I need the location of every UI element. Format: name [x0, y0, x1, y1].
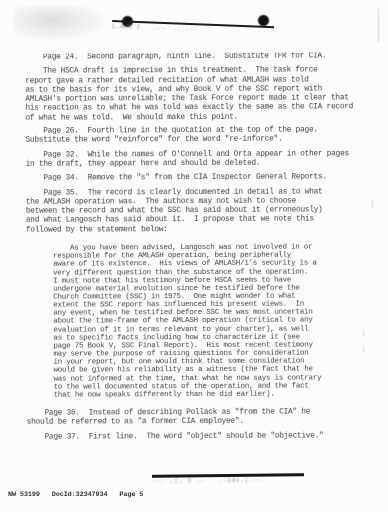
nara-release-stamp: NW 53199 DocId:32347934 Page 5 — [8, 491, 143, 499]
hole-punch-right — [258, 15, 269, 26]
paragraph-page-36: Page 36. Instead of describing Pollack a… — [27, 408, 371, 428]
document-body: Page 24. Second paragraph, ninth line. S… — [25, 52, 371, 447]
scan-artifact — [378, 8, 379, 42]
paragraph-page-24-heading: Page 24. Second paragraph, ninth line. S… — [25, 52, 369, 63]
scan-smudge — [14, 6, 109, 42]
scanned-document-page: L.A/8'I .-- ....-- Page 24. Second parag… — [0, 0, 388, 512]
paragraph-page-32: Page 32. While the names of O'Connell an… — [26, 150, 370, 170]
paragraph-page-35: Page 35. The record is clearly documente… — [26, 188, 370, 236]
page-number-marking-struck-out: --. .|. 3 .- .-14x.|.-- — [152, 473, 304, 484]
paragraph-page-26: Page 26. Fourth line in the quotation at… — [25, 126, 369, 146]
scan-artifact — [372, 200, 373, 209]
faint-page-number-text: --. .|. 3 .- .-14x.|.-- — [152, 476, 304, 485]
paragraph-page-24-comment: The HSCA draft is imprecise in this trea… — [25, 67, 369, 124]
classification-marking-struck-out: L.A/8'I .-- ....-- — [112, 20, 274, 36]
paragraph-page-34: Page 34. Remove the "s" from the CIA Ins… — [26, 174, 370, 185]
paragraph-page-37: Page 37. First line. The word "object" s… — [27, 432, 371, 443]
block-quotation-langosch-statement: As you have been advised, Langosch was n… — [53, 243, 357, 399]
